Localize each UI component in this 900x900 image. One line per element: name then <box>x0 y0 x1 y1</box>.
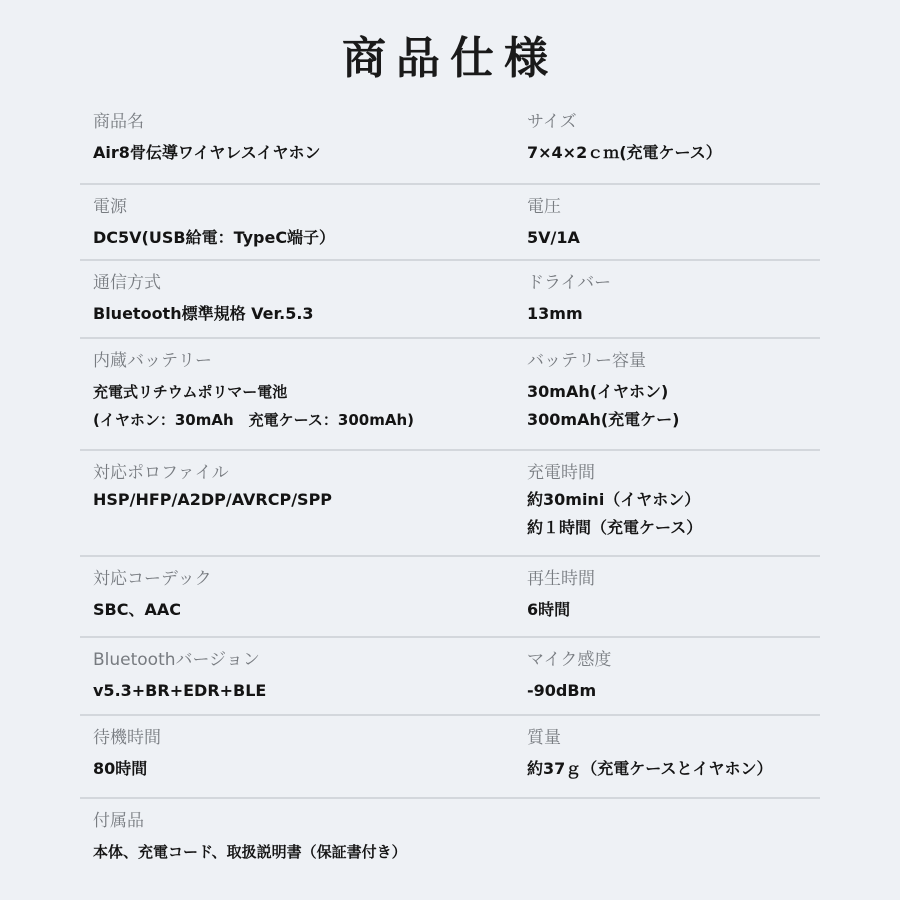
spec-voltage: 電圧 5V/1A <box>527 185 827 252</box>
spec-mic-sensitivity: マイク感度 -90dBm <box>527 638 827 705</box>
spec-internal-battery: 内蔵バッテリー 充電式リチウムポリマー電池 (イヤホン：30mAh 充電ケース：… <box>93 339 513 434</box>
spec-value: v5.3+BR+EDR+BLE <box>93 677 513 705</box>
spec-value: 約37ｇ（充電ケースとイヤホン） <box>527 755 827 783</box>
spec-value: 13mm <box>527 300 827 328</box>
spec-playback-time: 再生時間 6時間 <box>527 557 827 624</box>
spec-value: 300mAh(充電ケー) <box>527 406 827 434</box>
spec-product-name: 商品名 Air8骨伝導ワイヤレスイヤホン <box>93 100 513 167</box>
spec-value: Air8骨伝導ワイヤレスイヤホン <box>93 139 513 167</box>
spec-label: 内蔵バッテリー <box>93 350 513 372</box>
spec-value: 約30mini（イヤホン） <box>527 486 827 514</box>
spec-row-comm-driver: 通信方式 Bluetooth標準規格 Ver.5.3 ドライバー 13mm <box>80 261 820 339</box>
spec-accessories: 付属品 本体、充電コード、取扱説明書（保証書付き） <box>93 799 793 866</box>
spec-value: 約１時間（充電ケース） <box>527 514 827 542</box>
spec-value: 5V/1A <box>527 224 827 252</box>
spec-codec: 対応コーデック SBC、AAC <box>93 557 513 624</box>
spec-row-profile-charge: 対応ポロファイル HSP/HFP/A2DP/AVRCP/SPP 充電時間 約30… <box>80 451 820 557</box>
spec-standby-time: 待機時間 80時間 <box>93 716 513 783</box>
spec-value: 7×4×2ｃｍ(充電ケース） <box>527 139 827 167</box>
spec-value: HSP/HFP/A2DP/AVRCP/SPP <box>93 486 513 514</box>
spec-value: 6時間 <box>527 596 827 624</box>
spec-communication: 通信方式 Bluetooth標準規格 Ver.5.3 <box>93 261 513 328</box>
spec-row-codec-playback: 対応コーデック SBC、AAC 再生時間 6時間 <box>80 557 820 638</box>
spec-label: 電源 <box>93 196 513 218</box>
spec-row-battery: 内蔵バッテリー 充電式リチウムポリマー電池 (イヤホン：30mAh 充電ケース：… <box>80 339 820 451</box>
spec-value: Bluetooth標準規格 Ver.5.3 <box>93 300 513 328</box>
page-title: 商品仕様 <box>0 22 900 86</box>
spec-value: 30mAh(イヤホン) <box>527 378 827 406</box>
spec-weight: 質量 約37ｇ（充電ケースとイヤホン） <box>527 716 827 783</box>
spec-label: Bluetoothバージョン <box>93 649 513 671</box>
spec-value: DC5V(USB給電：TypeC端子） <box>93 224 513 252</box>
spec-bluetooth-version: Bluetoothバージョン v5.3+BR+EDR+BLE <box>93 638 513 705</box>
spec-value: 本体、充電コード、取扱説明書（保証書付き） <box>93 838 793 866</box>
spec-label: マイク感度 <box>527 649 827 671</box>
spec-size: サイズ 7×4×2ｃｍ(充電ケース） <box>527 100 827 167</box>
spec-label: 充電時間 <box>527 462 827 484</box>
spec-value: SBC、AAC <box>93 596 513 624</box>
spec-label: 質量 <box>527 727 827 749</box>
spec-value: 充電式リチウムポリマー電池 <box>93 378 513 406</box>
spec-label: バッテリー容量 <box>527 350 827 372</box>
spec-row-power-voltage: 電源 DC5V(USB給電：TypeC端子） 電圧 5V/1A <box>80 185 820 261</box>
spec-label: 対応ポロファイル <box>93 462 513 484</box>
spec-row-accessories: 付属品 本体、充電コード、取扱説明書（保証書付き） <box>80 799 820 889</box>
spec-row-standby-weight: 待機時間 80時間 質量 約37ｇ（充電ケースとイヤホン） <box>80 716 820 799</box>
spec-label: 通信方式 <box>93 272 513 294</box>
spec-label: ドライバー <box>527 272 827 294</box>
spec-charge-time: 充電時間 約30mini（イヤホン） 約１時間（充電ケース） <box>527 451 827 542</box>
spec-label: 商品名 <box>93 111 513 133</box>
spec-power: 電源 DC5V(USB給電：TypeC端子） <box>93 185 513 252</box>
spec-driver: ドライバー 13mm <box>527 261 827 328</box>
spec-battery-capacity: バッテリー容量 30mAh(イヤホン) 300mAh(充電ケー) <box>527 339 827 434</box>
spec-row-bt-mic: Bluetoothバージョン v5.3+BR+EDR+BLE マイク感度 -90… <box>80 638 820 716</box>
spec-label: サイズ <box>527 111 827 133</box>
spec-label: 対応コーデック <box>93 568 513 590</box>
spec-profiles: 対応ポロファイル HSP/HFP/A2DP/AVRCP/SPP <box>93 451 513 514</box>
spec-label: 待機時間 <box>93 727 513 749</box>
spec-value: -90dBm <box>527 677 827 705</box>
spec-label: 付属品 <box>93 810 793 832</box>
spec-label: 電圧 <box>527 196 827 218</box>
spec-value: 80時間 <box>93 755 513 783</box>
spec-row-product-name-size: 商品名 Air8骨伝導ワイヤレスイヤホン サイズ 7×4×2ｃｍ(充電ケース） <box>80 100 820 185</box>
spec-value: (イヤホン：30mAh 充電ケース：300mAh) <box>93 406 513 434</box>
spec-label: 再生時間 <box>527 568 827 590</box>
